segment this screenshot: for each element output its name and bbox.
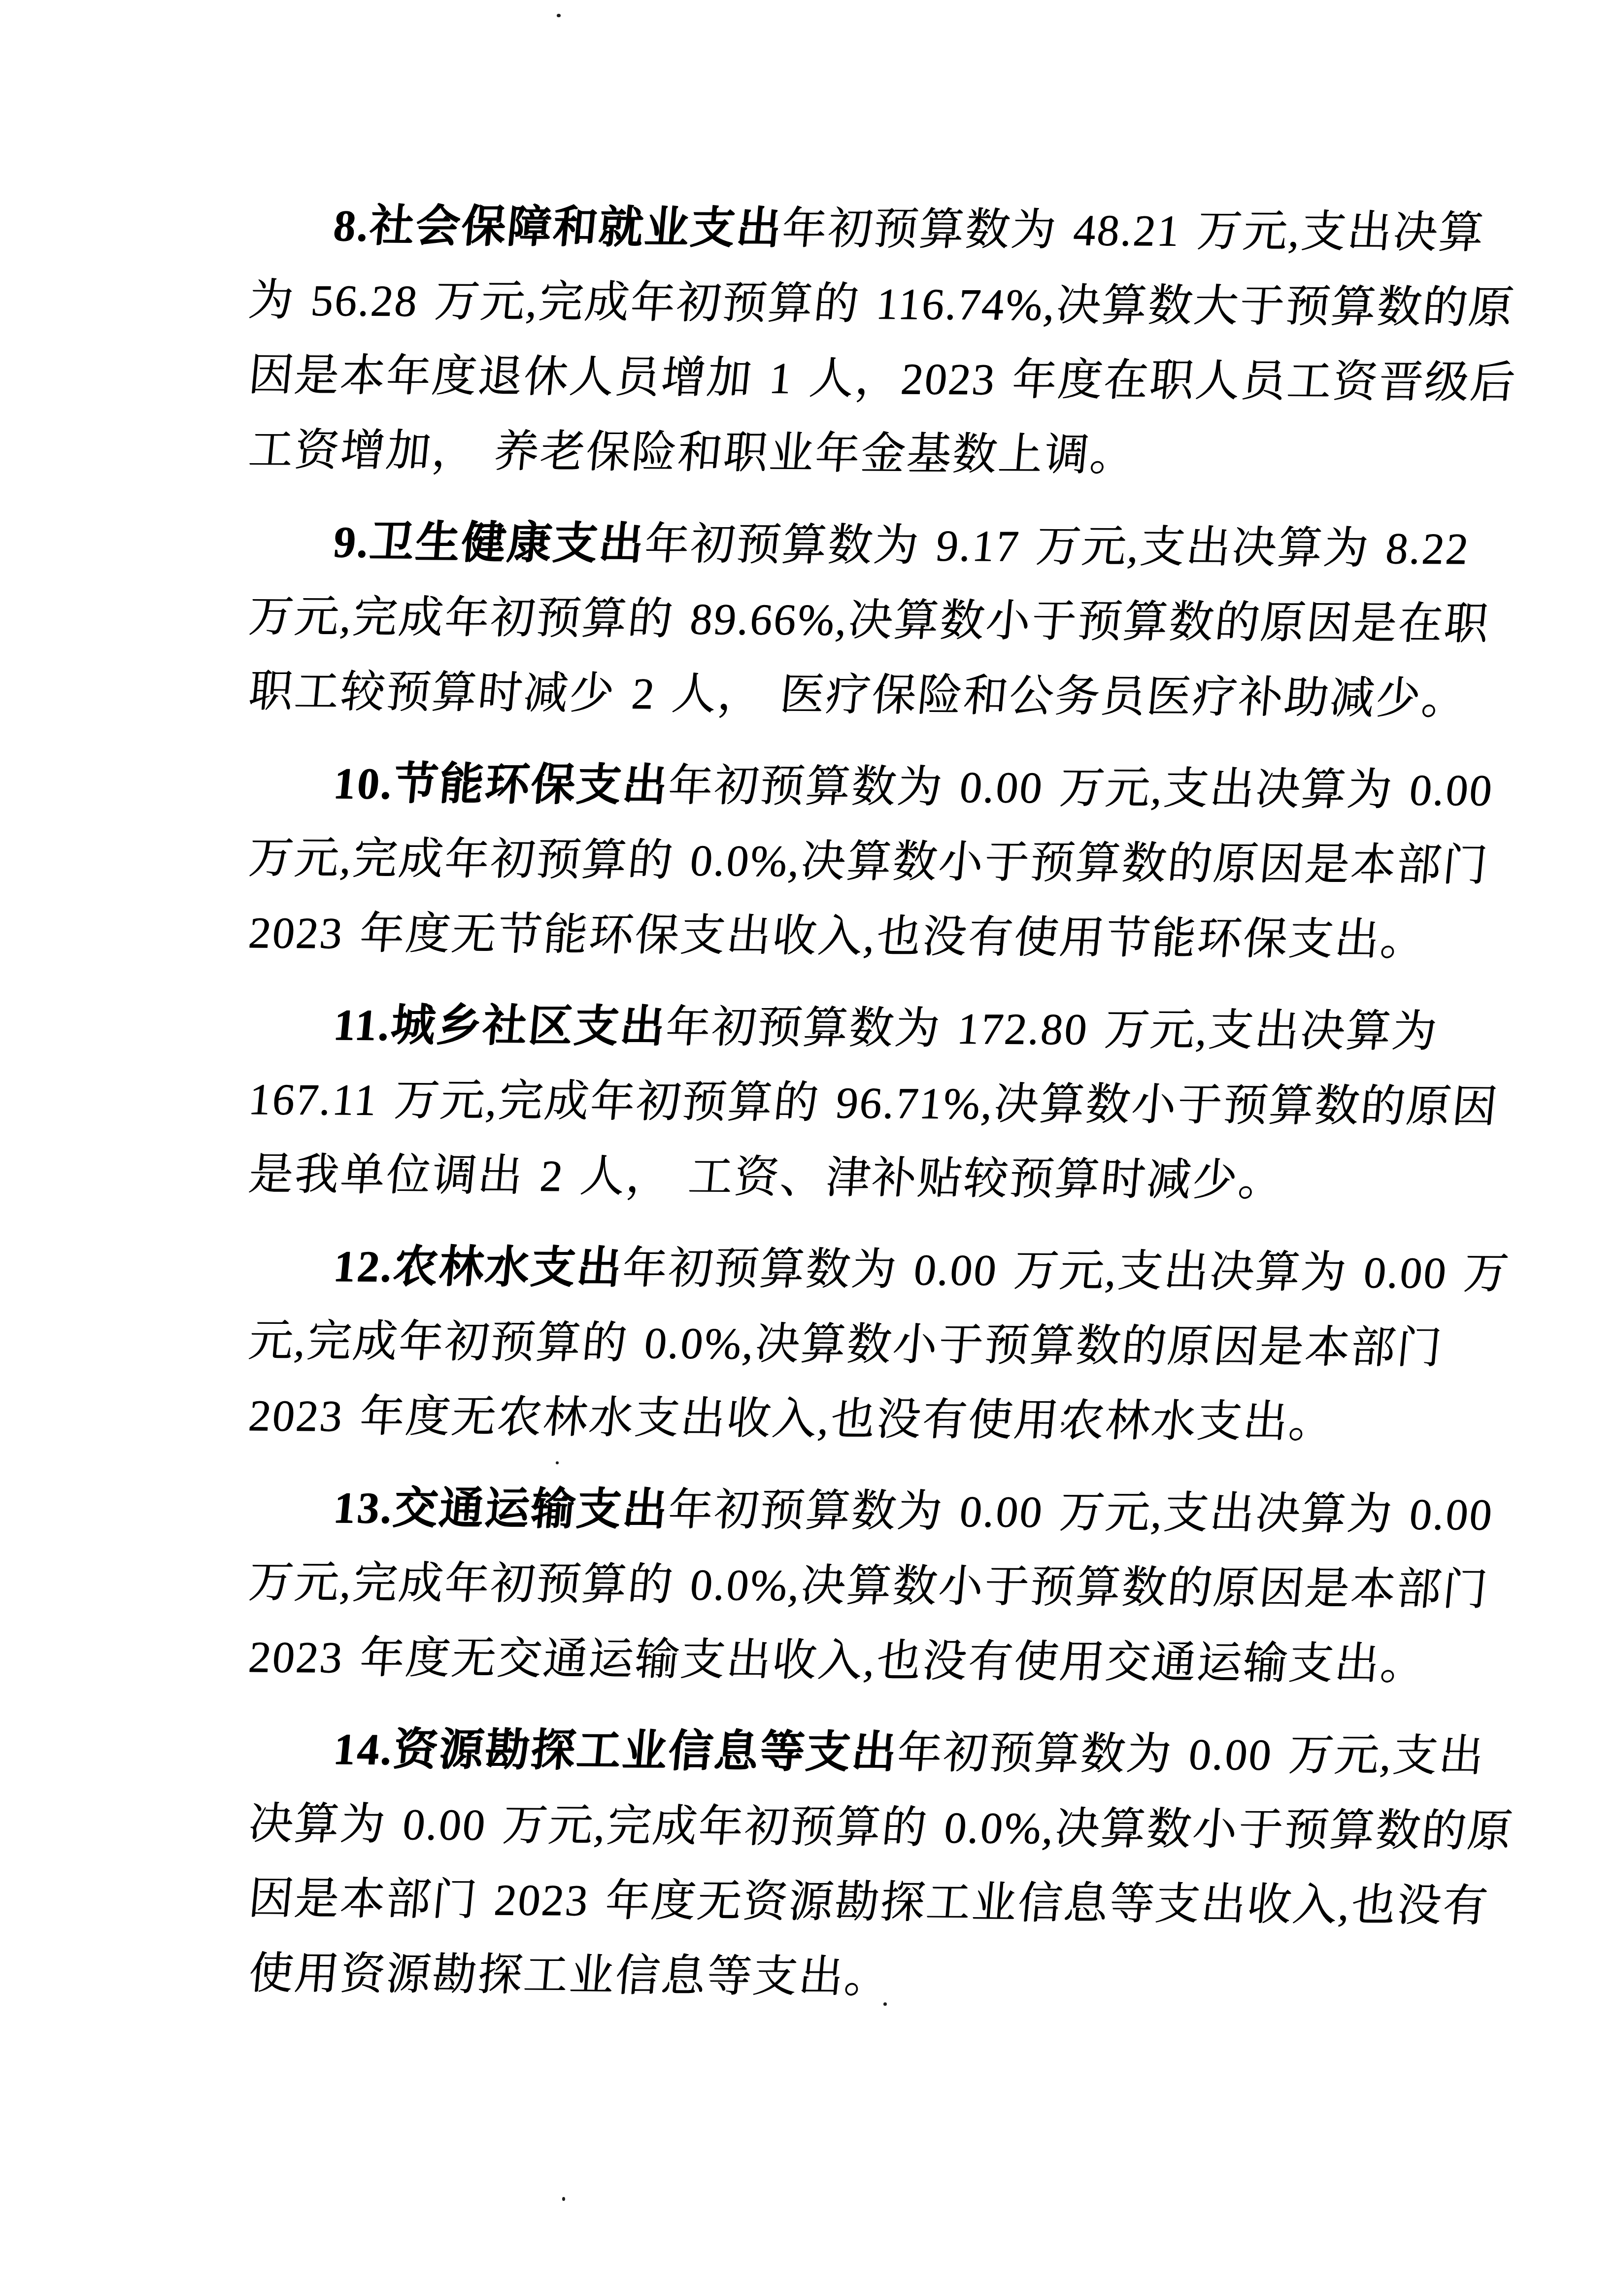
category-label: 14.资源勘探工业信息等支出 [331, 1725, 900, 1777]
paragraph-10: 10.节能环保支出年初预算数为 0.00 万元,支出决算为 0.00 万元,完成… [249, 746, 1451, 971]
text-line: 9.卫生健康支出年初预算数为 9.17 万元,支出决算为 8.22 [245, 505, 1454, 587]
text-block: 8.社会保障和就业支出年初预算数为 48.21 万元,支出决算 为 56.28 … [249, 188, 1451, 2011]
line-text: 年初预算数为 0.00 万元,支出决算为 0.00 [666, 1486, 1495, 1539]
text-line: 是我单位调出 2 人， 工资、津补贴较预算时减少。 [245, 1137, 1454, 1219]
scan-speck [562, 2197, 565, 2201]
text-line: 因是本部门 2023 年度无资源勘探工业信息等支出收入,也没有 [245, 1861, 1454, 1944]
paragraph-9: 9.卫生健康支出年初预算数为 9.17 万元,支出决算为 8.22 万元,完成年… [249, 505, 1451, 729]
text-line: 8.社会保障和就业支出年初预算数为 48.21 万元,支出决算 [245, 188, 1454, 270]
line-text: 年初预算数为 0.00 万元,支出 [895, 1728, 1487, 1781]
paragraph-11: 11.城乡社区支出年初预算数为 172.80 万元,支出决算为 167.11 万… [249, 987, 1451, 1212]
text-line: 职工较预算时减少 2 人， 医疗保险和公务员医疗补助减少。 [245, 654, 1454, 737]
text-line: 167.11 万元,完成年初预算的 96.71%,决算数小于预算数的原因 [245, 1062, 1454, 1145]
text-line: 决算为 0.00 万元,完成年初预算的 0.0%,决算数小于预算数的原 [245, 1787, 1454, 1869]
text-line: 2023 年度无交通运输支出收入,也没有使用交通运输支出。 [245, 1620, 1454, 1702]
category-label: 12.农林水支出 [331, 1242, 625, 1293]
text-line: 工资增加， 养老保险和职业年金基数上调。 [245, 413, 1454, 495]
text-line: 2023 年度无农林水支出收入,也没有使用农林水支出。 [245, 1379, 1454, 1461]
text-line: 万元,完成年初预算的 0.0%,决算数小于预算数的原因是本部门 [245, 1545, 1454, 1627]
text-line: 使用资源勘探工业信息等支出。 [245, 1936, 1454, 2019]
line-text: 年初预算数为 0.00 万元,支出决算为 0.00 万 [620, 1244, 1512, 1298]
text-line: 2023 年度无节能环保支出收入,也没有使用节能环保支出。 [245, 896, 1454, 978]
paragraph-12: 12.农林水支出年初预算数为 0.00 万元,支出决算为 0.00 万 元,完成… [249, 1229, 1451, 1453]
text-line: 因是本年度退休人员增加 1 人，2023 年度在职人员工资晋级后 [245, 338, 1454, 420]
line-text: 年初预算数为 172.80 万元,支出决算为 [664, 1003, 1440, 1056]
scan-speck [1061, 1422, 1064, 1425]
category-label: 11.城乡社区支出 [331, 1001, 668, 1051]
line-text: 年初预算数为 0.00 万元,支出决算为 0.00 [666, 761, 1495, 815]
document-page: 8.社会保障和就业支出年初预算数为 48.21 万元,支出决算 为 56.28 … [0, 0, 1617, 2296]
text-line: 万元,完成年初预算的 0.0%,决算数小于预算数的原因是本部门 [245, 821, 1454, 903]
paragraph-13: 13.交通运输支出年初预算数为 0.00 万元,支出决算为 0.00 万元,完成… [249, 1470, 1451, 1695]
text-line: 11.城乡社区支出年初预算数为 172.80 万元,支出决算为 [245, 987, 1454, 1070]
scan-speck [883, 2002, 887, 2006]
text-line: 12.农林水支出年初预算数为 0.00 万元,支出决算为 0.00 万 [245, 1229, 1454, 1311]
category-label: 13.交通运输支出 [331, 1484, 671, 1534]
line-text: 年初预算数为 48.21 万元,支出决算 [780, 204, 1487, 258]
category-label: 9.卫生健康支出 [331, 518, 647, 569]
category-label: 10.节能环保支出 [331, 759, 671, 810]
text-line: 万元,完成年初预算的 89.66%,决算数小于预算数的原因是在职 [245, 579, 1454, 662]
line-text: 年初预算数为 9.17 万元,支出决算为 8.22 [642, 520, 1472, 574]
scan-speck [557, 14, 561, 17]
text-line: 元,完成年初预算的 0.0%,决算数小于预算数的原因是本部门 [245, 1304, 1454, 1386]
text-line: 13.交通运输支出年初预算数为 0.00 万元,支出决算为 0.00 [245, 1470, 1454, 1553]
category-label: 8.社会保障和就业支出 [331, 202, 784, 253]
text-line: 为 56.28 万元,完成年初预算的 116.74%,决算数大于预算数的原 [245, 263, 1454, 345]
paragraph-8: 8.社会保障和就业支出年初预算数为 48.21 万元,支出决算 为 56.28 … [249, 188, 1451, 488]
scan-speck [556, 1461, 559, 1464]
text-line: 10.节能环保支出年初预算数为 0.00 万元,支出决算为 0.00 [245, 746, 1454, 828]
paragraph-14: 14.资源勘探工业信息等支出年初预算数为 0.00 万元,支出 决算为 0.00… [249, 1712, 1451, 2011]
text-line: 14.资源勘探工业信息等支出年初预算数为 0.00 万元,支出 [245, 1712, 1454, 1794]
